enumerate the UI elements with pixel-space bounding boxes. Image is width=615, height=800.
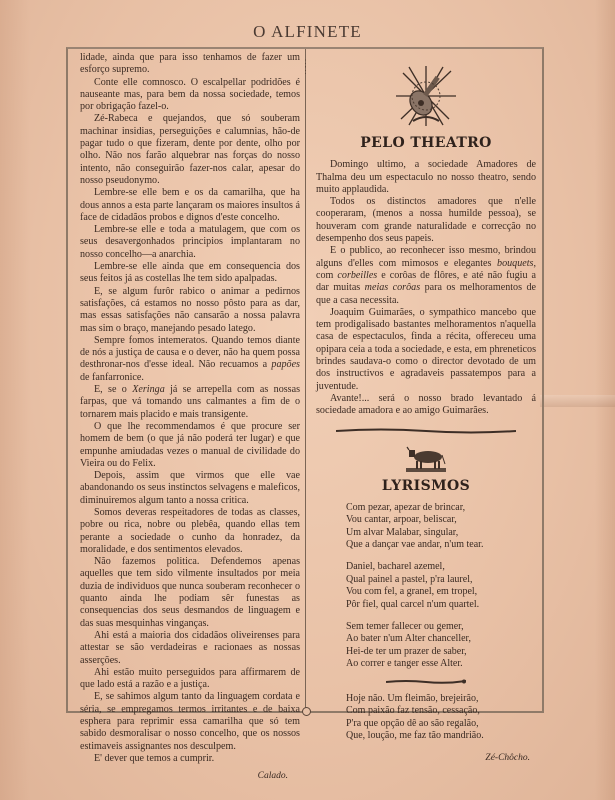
article-paragraph: Zé-Rabeca e quejandos, que só souberam m… — [80, 113, 300, 187]
ox-icon — [404, 444, 448, 474]
theatre-section-title: PELO THEATRO — [316, 137, 536, 149]
article-paragraph: E' dever que temos a cumprir. — [80, 753, 300, 765]
poem-stanza: Com pezar, apezar de brincar,Vou cantar,… — [346, 502, 536, 552]
poem-line: P'ra que opção dê ao são regalão, — [346, 718, 536, 730]
poem-line: Hoje não. Um fleimão, brejeirão, — [346, 693, 536, 705]
stanza-rule — [386, 679, 466, 685]
theatre-paragraph: Avante!... será o nosso brado levantado … — [316, 393, 536, 418]
poem-line: Vou com fel, a granel, em tropel, — [346, 586, 536, 598]
theatre-paragraph: E o publico, ao reconhecer isso mesmo, b… — [316, 245, 536, 306]
poem-line: Ao bater n'um Alter chanceller, — [346, 633, 536, 645]
section-rule — [336, 428, 516, 434]
article-paragraph: lidade, ainda que para isso tenhamos de … — [80, 52, 300, 77]
poem-stanza: Daniel, bacharel azemel,Qual painel a pa… — [346, 561, 536, 611]
poem-signature: Zé-Chôcho. — [346, 752, 536, 764]
musical-instruments-trophy-icon — [391, 61, 461, 131]
article-paragraph: Depois, assim que virmos que elle vae ab… — [80, 470, 300, 507]
poem-line: Com pezar, apezar de brincar, — [346, 502, 536, 514]
article-paragraph: Lembre-se elle e toda a matulagem, que c… — [80, 224, 300, 261]
lyrismos-poem: Com pezar, apezar de brincar,Vou cantar,… — [316, 502, 536, 765]
article-paragraph: E, se sahimos algum tanto da linguagem c… — [80, 691, 300, 752]
column-divider — [305, 49, 306, 713]
article-paragraph: O que lhe recommendamos é que procure se… — [80, 421, 300, 470]
poem-line: Que a dançar vae andar, n'um tear. — [346, 539, 536, 551]
article-paragraph: Lembre-se elle bem e os da camarilha, qu… — [80, 187, 300, 224]
poem-line: Um alvar Malabar, singular, — [346, 527, 536, 539]
article-paragraph: Sempre fomos intemeratos. Quando temos d… — [80, 335, 300, 384]
masthead: O ALFINETE — [0, 22, 615, 42]
paper-fold — [540, 395, 615, 407]
poem-line: Pôr fiel, qual carcel n'um quartel. — [346, 599, 536, 611]
poem-line: Com paixão faz tensão, cessação, — [346, 705, 536, 717]
poem-line: Que, loução, me faz tão mandrião. — [346, 730, 536, 742]
article-signature: Calado. — [80, 770, 300, 782]
edge-stain-left — [0, 0, 30, 800]
article-paragraph: Ahi está a maioria dos cidadãos oliveire… — [80, 630, 300, 667]
lyrismos-section-title: LYRISMOS — [316, 480, 536, 492]
article-paragraph: Conte elle comnosco. O escalpellar podri… — [80, 77, 300, 114]
divider-end-ornament-icon — [302, 707, 311, 716]
left-column-article: lidade, ainda que para isso tenhamos de … — [80, 52, 300, 783]
article-paragraph: Ahi estão muito perseguidos para affirma… — [80, 667, 300, 692]
poem-line: Daniel, bacharel azemel, — [346, 561, 536, 573]
article-paragraph: E, se algum furôr rabico o animar a pedi… — [80, 286, 300, 335]
poem-line: Hei-de ter um prazer de saber, — [346, 646, 536, 658]
article-paragraph: Não fazemos politica. Defendemos apenas … — [80, 556, 300, 630]
article-paragraph: Somos deveras respeitadores de todas as … — [80, 507, 300, 556]
poem-stanza: Sem temer fallecer ou gemer,Ao bater n'u… — [346, 621, 536, 671]
theatre-paragraph: Todos os distinctos amadores que n'elle … — [316, 196, 536, 245]
theatre-article-body: Domingo ultimo, a sociedade Amadores de … — [316, 159, 536, 417]
divider-ornament-icon: ⋮⋮ — [301, 60, 310, 74]
right-column: PELO THEATRO Domingo ultimo, a sociedade… — [316, 55, 536, 765]
article-paragraph: Lembre-se elle ainda que em consequencia… — [80, 261, 300, 286]
theatre-paragraph: Joaquim Guimarães, o sympathico mancebo … — [316, 307, 536, 393]
poem-stanza: Hoje não. Um fleimão, brejeirão,Com paix… — [346, 693, 536, 743]
article-paragraph: E, se o Xeringa já se arrepella com as n… — [80, 384, 300, 421]
poem-line: Ao correr e tanger esse Alter. — [346, 658, 536, 670]
theatre-paragraph: Domingo ultimo, a sociedade Amadores de … — [316, 159, 536, 196]
poem-line: Qual painel a pastel, p'ra laurel, — [346, 574, 536, 586]
poem-line: Sem temer fallecer ou gemer, — [346, 621, 536, 633]
newspaper-page: O ALFINETE ⋮⋮ lidade, ainda que para iss… — [0, 0, 615, 800]
poem-line: Vou cantar, arpoar, beliscar, — [346, 514, 536, 526]
